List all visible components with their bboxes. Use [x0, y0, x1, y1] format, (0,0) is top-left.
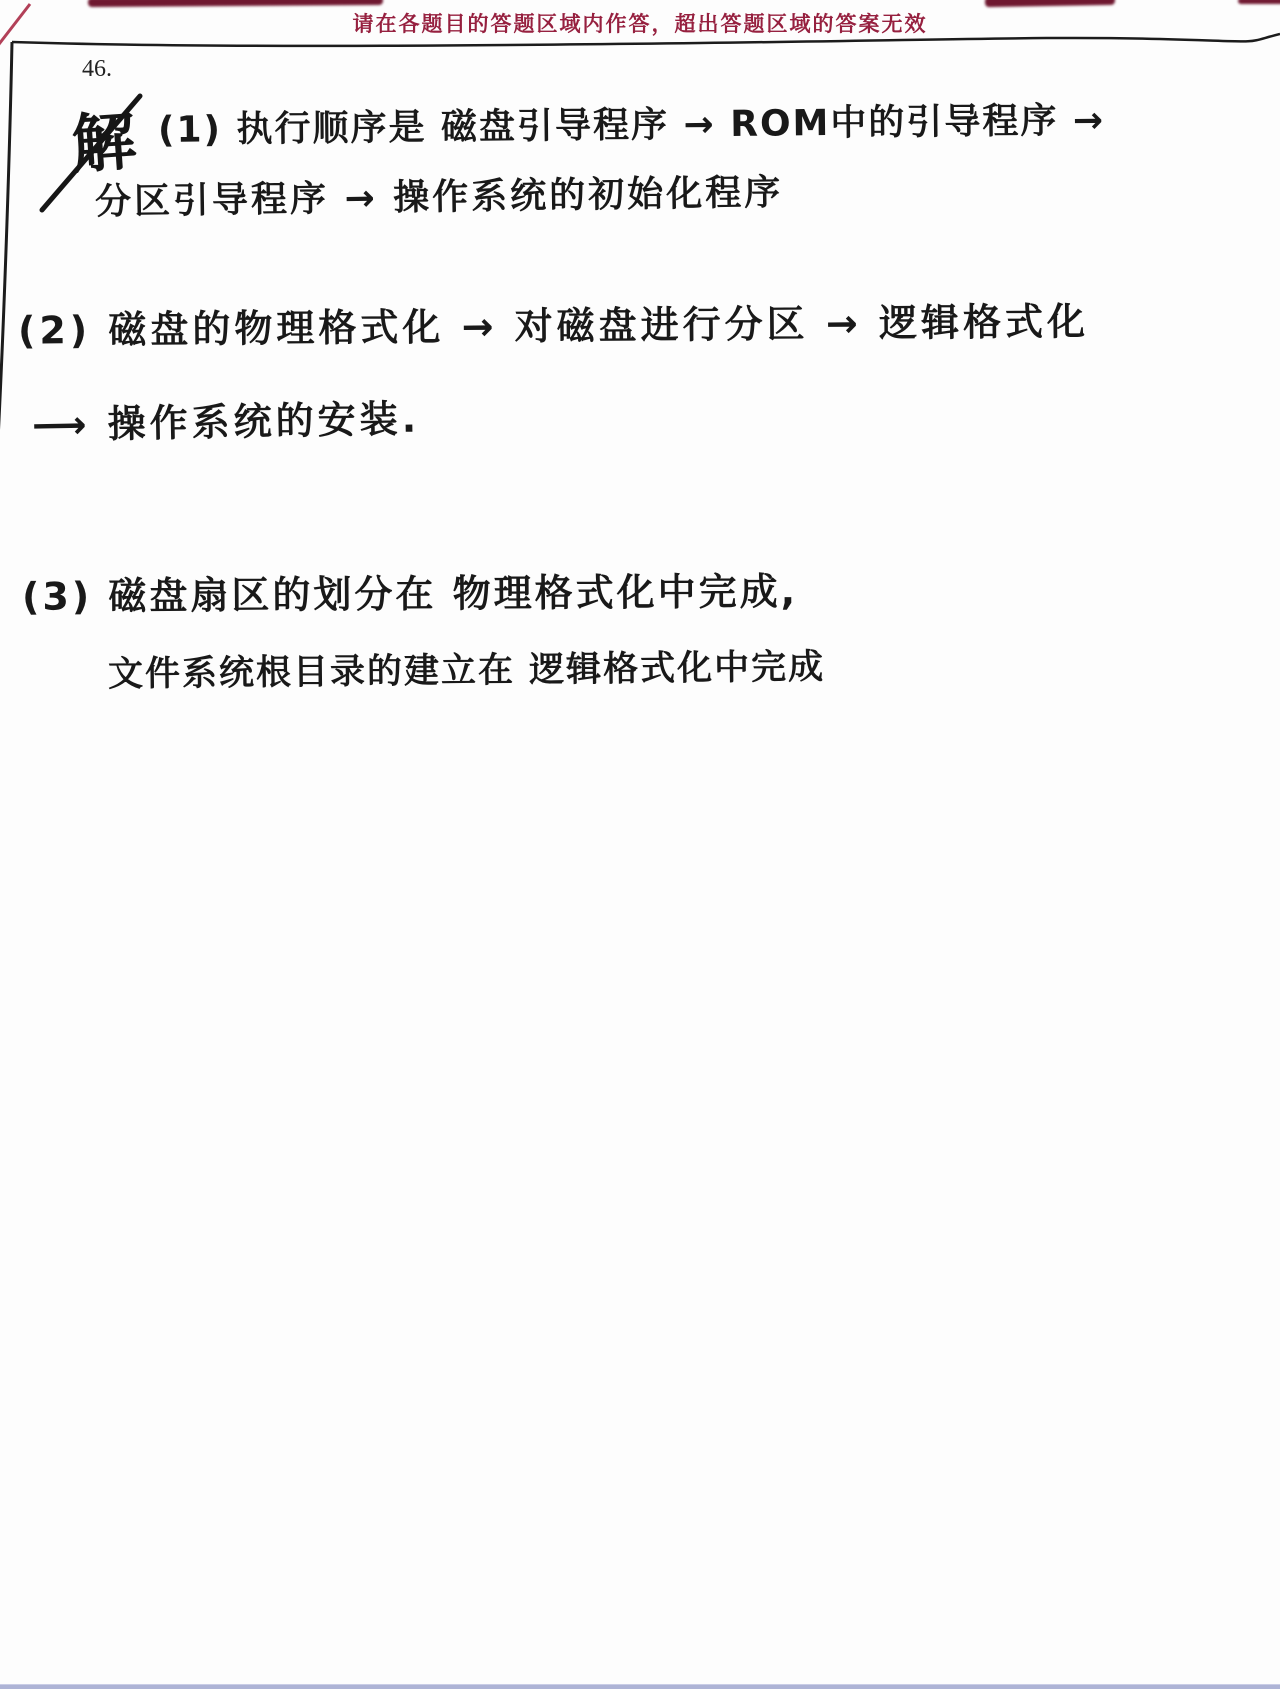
scanned-answer-sheet: 请在各题目的答题区域内作答，超出答题区域的答案无效 46. 解 (1) 执行顺序… [0, 0, 1280, 1689]
handwritten-line-part3-b: 文件系统根目录的建立在 逻辑格式化中完成 [108, 646, 826, 696]
handwritten-line-part1-b: 分区引导程序 → 操作系统的初始化程序 [95, 171, 784, 224]
scan-bottom-edge [0, 1684, 1280, 1689]
scan-smudge [985, 0, 1115, 7]
scan-smudge [1238, 0, 1280, 4]
handwritten-line-part2-b: ⟶ 操作系统的安装. [32, 397, 421, 449]
handwritten-line-part3-a: (3) 磁盘扇区的划分在 物理格式化中完成, [22, 569, 798, 620]
scan-smudge [88, 0, 383, 7]
header-notice: 请在各题目的答题区域内作答，超出答题区域的答案无效 [0, 8, 1280, 38]
handwritten-line-part1-a: (1) 执行顺序是 磁盘引导程序 → ROM中的引导程序 → [158, 99, 1106, 152]
answer-box-left-border [0, 42, 12, 440]
answer-marker: 解 [70, 110, 138, 178]
handwritten-line-part2-a: (2) 磁盘的物理格式化 → 对磁盘进行分区 → 逻辑格式化 [18, 299, 1089, 354]
question-number: 46. [82, 56, 112, 83]
